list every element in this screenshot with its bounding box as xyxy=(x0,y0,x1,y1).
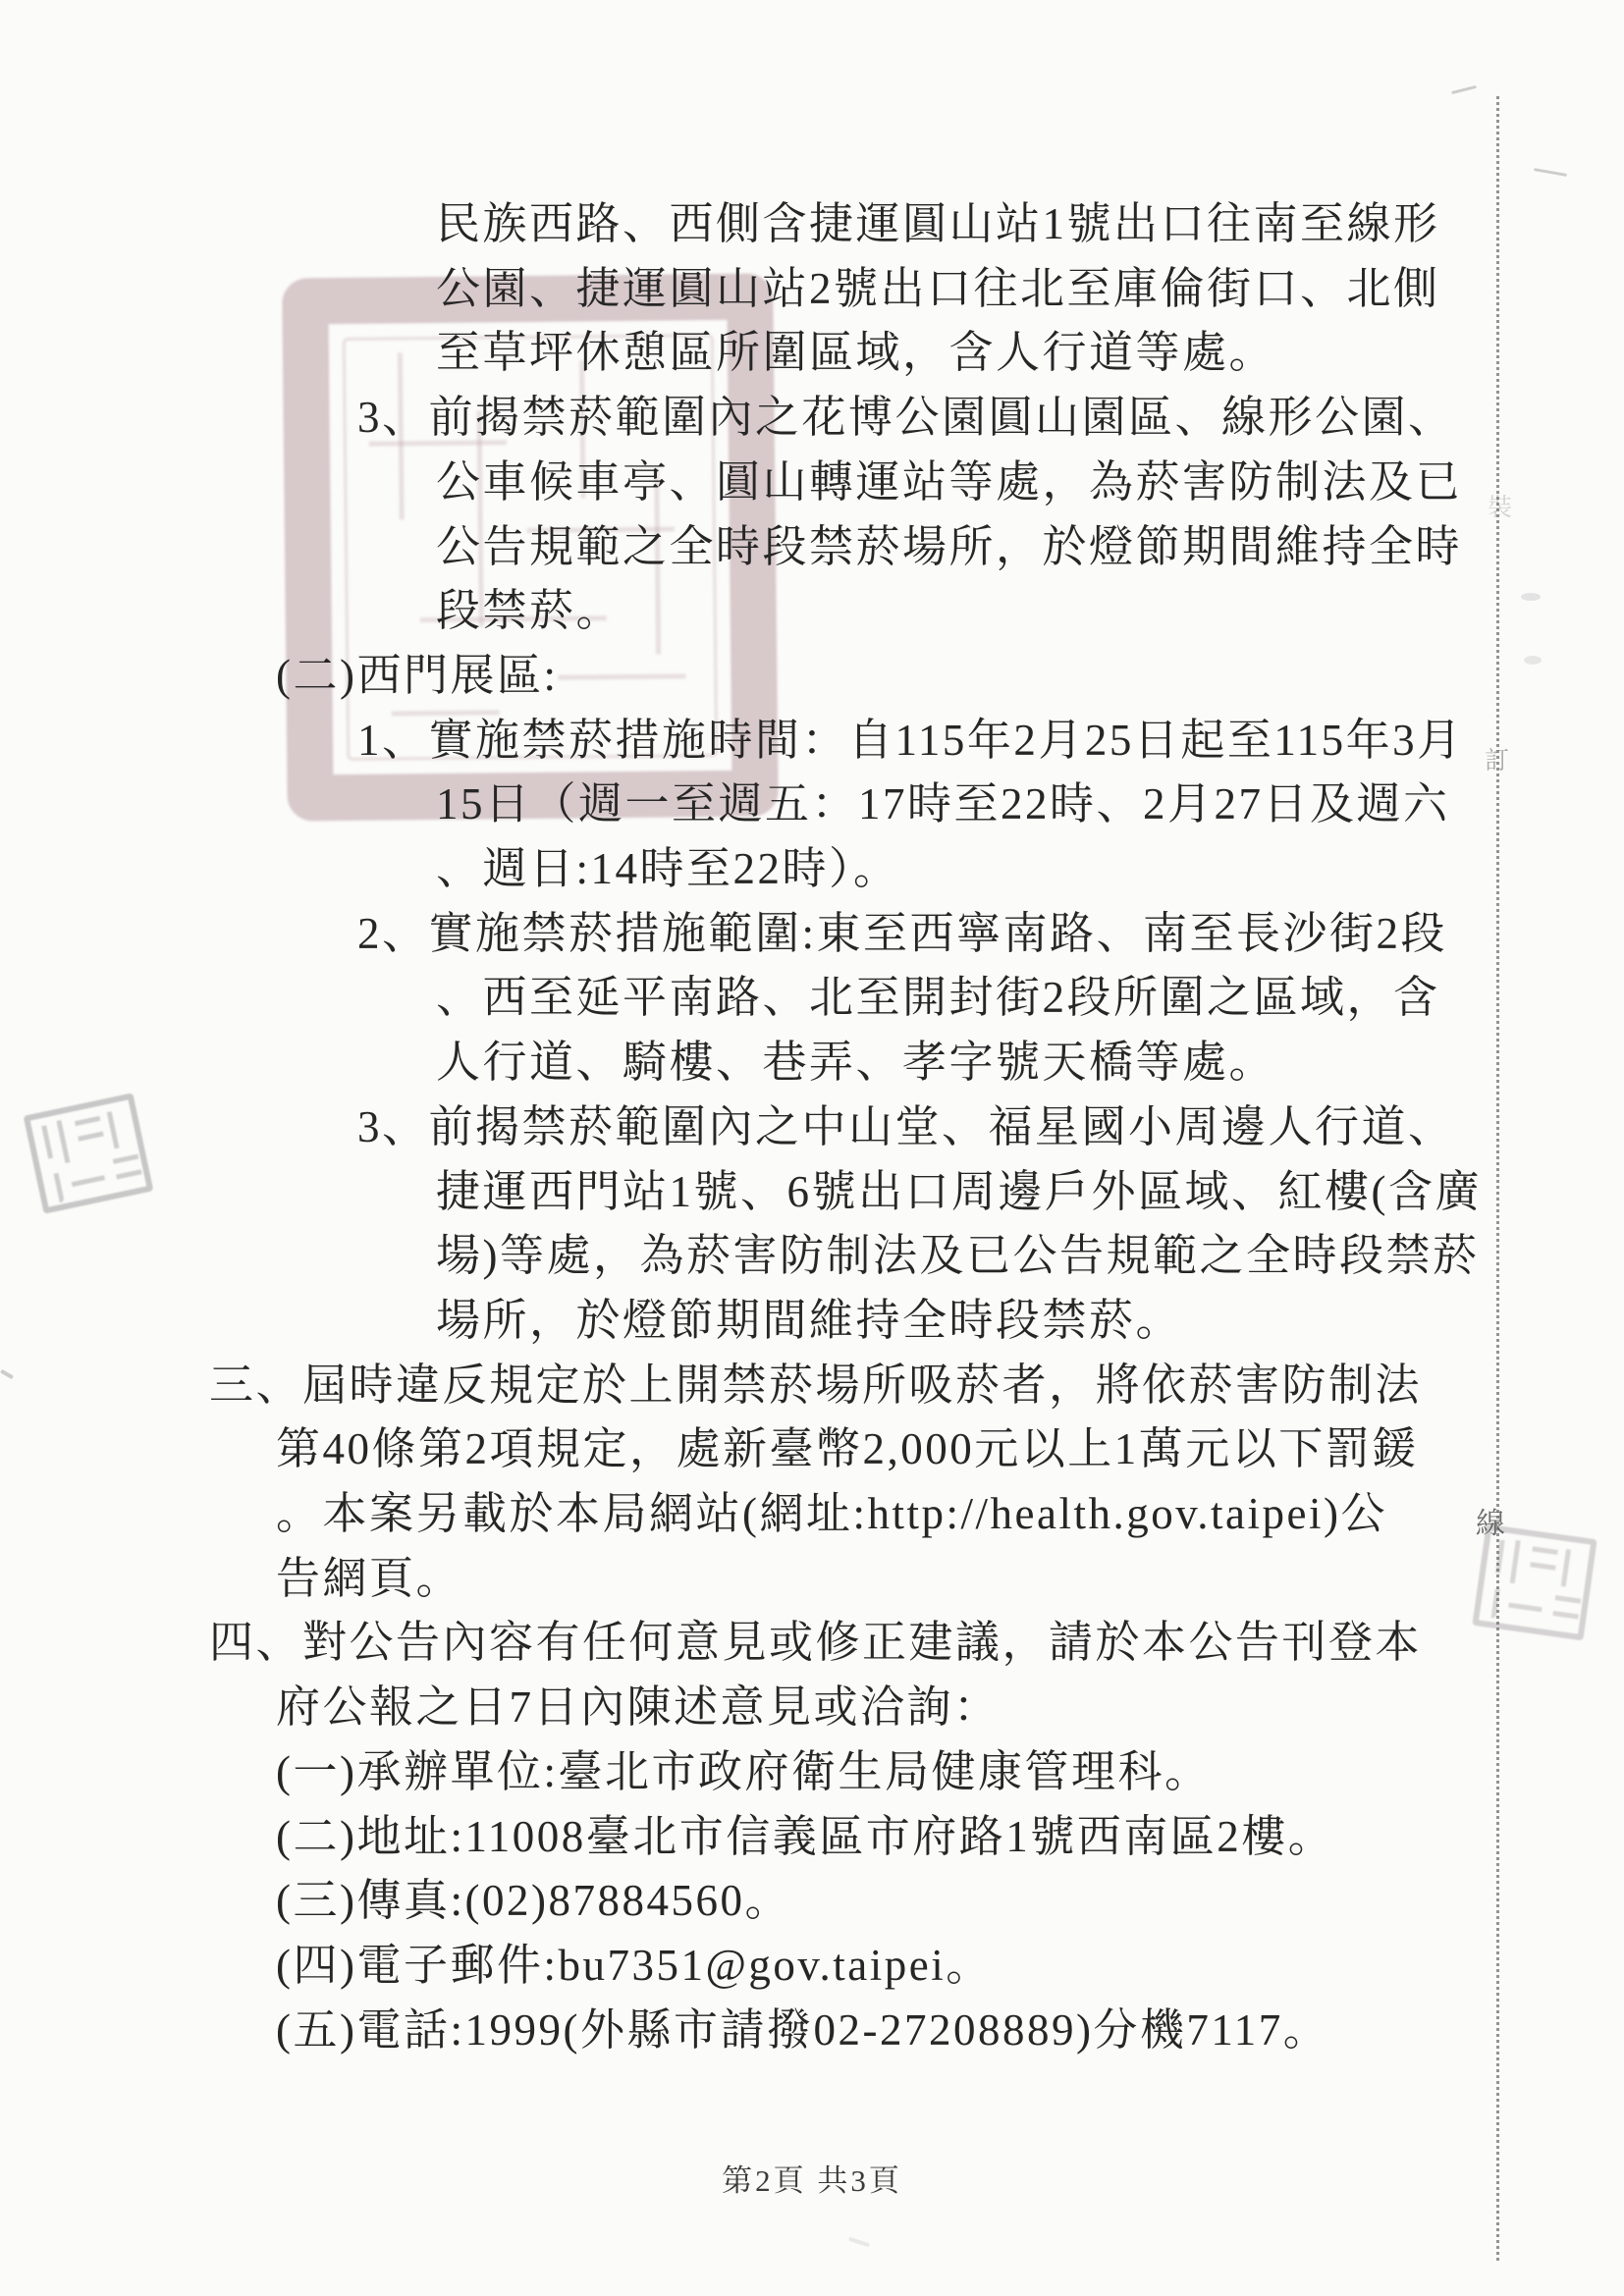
document-line: 捷運西門站1號、6號出口周邊戶外區域、紅樓(含廣 xyxy=(0,1160,1502,1225)
document-line: 至草坪休憩區所圍區域，含人行道等處。 xyxy=(0,321,1502,386)
document-line: (五)電話:1999(外縣市請撥02-27208889)分機7117。 xyxy=(0,1999,1502,2063)
document-line: 場所，於燈節期間維持全時段禁菸。 xyxy=(0,1289,1502,1354)
document-line: 場)等處，為菸害防制法及已公告規範之全時段禁菸 xyxy=(0,1224,1502,1289)
scan-speck xyxy=(1524,656,1542,665)
document-line: 第40條第2項規定，處新臺幣2,000元以上1萬元以下罰鍰 xyxy=(0,1417,1502,1482)
document-line: (一)承辦單位:臺北市政府衛生局健康管理科。 xyxy=(0,1740,1502,1805)
document-line: 、西至延平南路、北至開封街2段所圍之區域，含 xyxy=(0,966,1502,1031)
document-line: 2、實施禁菸措施範圍:東至西寧南路、南至長沙街2段 xyxy=(0,902,1502,967)
document-line: 1、實施禁菸措施時間：自115年2月25日起至115年3月 xyxy=(0,709,1502,774)
announcement-body: 民族西路、西側含捷運圓山站1號出口往南至線形公園、捷運圓山站2號出口往北至庫倫街… xyxy=(0,192,1502,2062)
page-number-footer: 第2頁 共3頁 xyxy=(0,2156,1624,2200)
document-line: (四)電子郵件:bu7351@gov.taipei。 xyxy=(0,1934,1502,1999)
document-line: 、週日:14時至22時）。 xyxy=(0,837,1502,902)
scan-speck xyxy=(1534,168,1567,177)
document-line: 公園、捷運圓山站2號出口往北至庫倫街口、北側 xyxy=(0,257,1502,322)
scan-speck xyxy=(1451,85,1477,94)
document-line: (二)地址:11008臺北市信義區市府路1號西南區2樓。 xyxy=(0,1805,1502,1870)
document-line: (二)西門展區: xyxy=(0,644,1502,709)
document-line: 告網頁。 xyxy=(0,1547,1502,1612)
document-line: 四、對公告內容有任何意見或修正建議，請於本公告刊登本 xyxy=(0,1611,1502,1676)
document-line: 3、前揭禁菸範圍內之中山堂、福星國小周邊人行道、 xyxy=(0,1095,1502,1160)
document-line: 府公報之日7日內陳述意見或洽詢： xyxy=(0,1676,1502,1740)
document-line: (三)傳真:(02)87884560。 xyxy=(0,1869,1502,1934)
scanned-document-page: 裝 訂 線 民族西路、西側含捷運圓山站1號出口往南至線形公園、捷運圓山站2號出口… xyxy=(0,0,1624,2296)
document-line: 段禁菸。 xyxy=(0,579,1502,644)
document-line: 15日（週一至週五：17時至22時、2月27日及週六 xyxy=(0,773,1502,837)
document-line: 公車候車亭、圓山轉運站等處，為菸害防制法及已 xyxy=(0,451,1502,515)
document-line: 民族西路、西側含捷運圓山站1號出口往南至線形 xyxy=(0,192,1502,257)
document-line: 公告規範之全時段禁菸場所，於燈節期間維持全時 xyxy=(0,515,1502,580)
scan-speck xyxy=(848,2237,870,2248)
document-line: 人行道、騎樓、巷弄、孝字號天橋等處。 xyxy=(0,1031,1502,1095)
document-line: 3、前揭禁菸範圍內之花博公園圓山園區、線形公園、 xyxy=(0,386,1502,451)
document-line: 。本案另載於本局網站(網址:http://health.gov.taipei)公 xyxy=(0,1482,1502,1547)
scan-speck xyxy=(1521,593,1541,601)
document-line: 三、屆時違反規定於上開禁菸場所吸菸者，將依菸害防制法 xyxy=(0,1354,1502,1418)
